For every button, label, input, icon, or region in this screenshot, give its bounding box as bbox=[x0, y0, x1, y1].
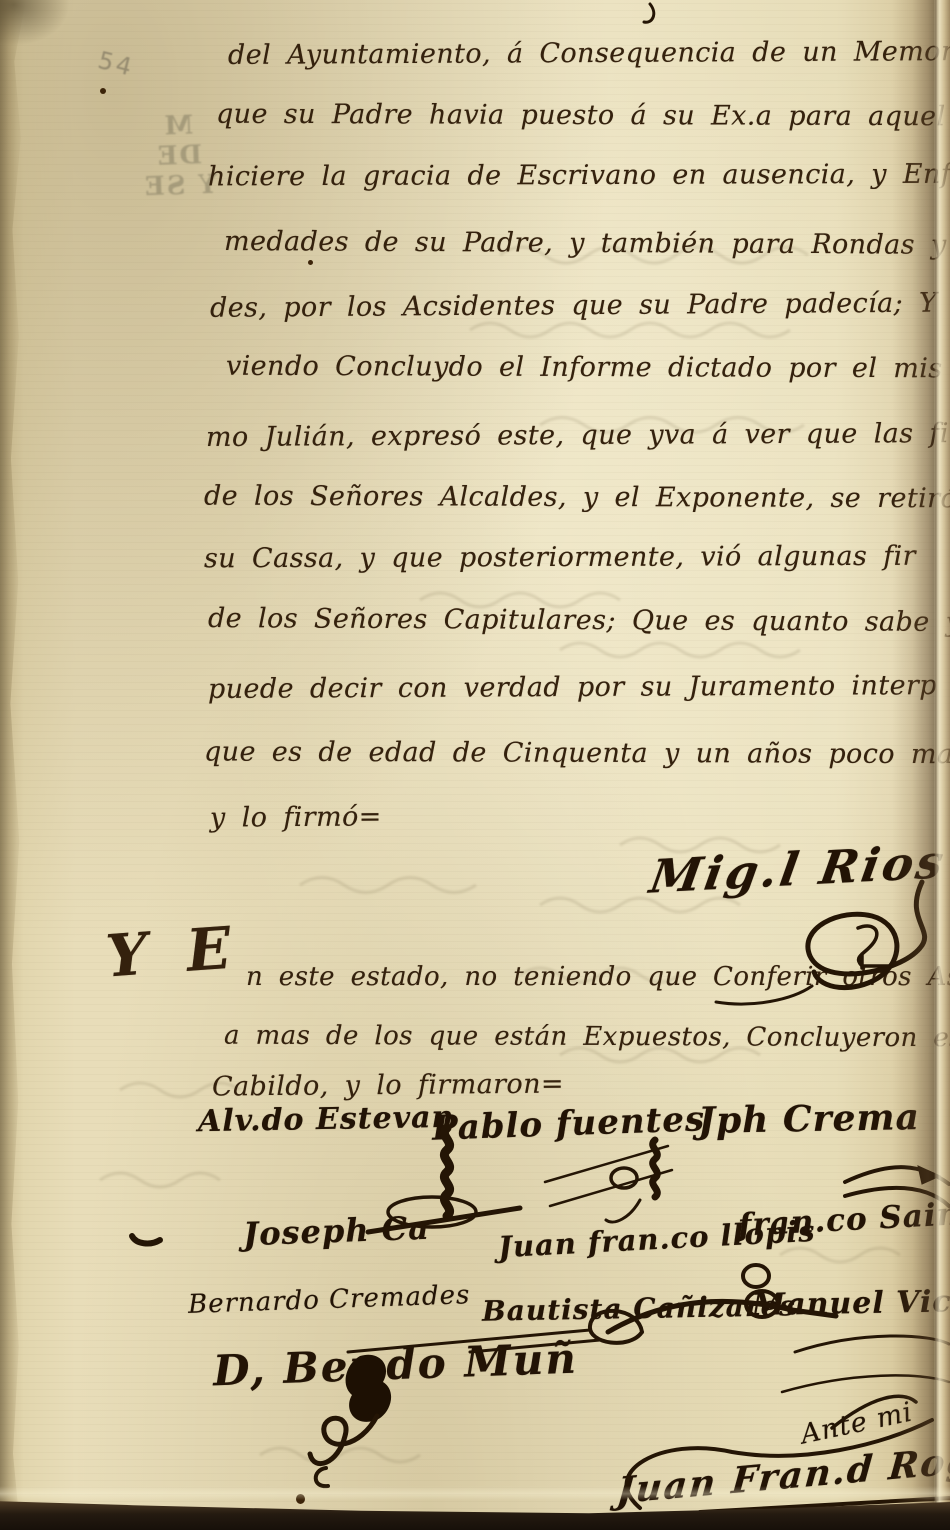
signature: Jph Crema bbox=[698, 1096, 921, 1142]
body-line: que su Padre havia puesto á su Ex.a para… bbox=[216, 99, 946, 133]
body-line: de los Señores Alcaldes, y el Exponente,… bbox=[204, 481, 950, 515]
body-line: y lo firmó= bbox=[210, 801, 382, 833]
stray-ink-mark bbox=[132, 1236, 160, 1243]
corner-tear bbox=[0, 0, 70, 46]
manuscript-page: M DE Y SE 54 del Ayuntamiento, á Consequ… bbox=[0, 0, 950, 1530]
body-line: mo Julián, expresó este, que yva á ver q… bbox=[206, 418, 950, 453]
body-line: viendo Concluydo el Informe dictado por … bbox=[226, 351, 943, 385]
ink-speck bbox=[100, 88, 106, 94]
body-line: des, por los Acsidentes que su Padre pad… bbox=[210, 287, 950, 323]
torn-left-edge bbox=[0, 0, 26, 1530]
closing-initial: Y E bbox=[104, 914, 239, 991]
page-curl-right bbox=[892, 0, 950, 1530]
fuentes-rubric-icon bbox=[545, 1140, 672, 1222]
ink-speck bbox=[308, 260, 313, 265]
folio-number: 54 bbox=[95, 46, 137, 82]
body-line: su Cassa, y que posteriormente, vió algu… bbox=[204, 541, 916, 574]
body-line: del Ayuntamiento, á Consequencia de un M… bbox=[228, 36, 950, 71]
signature: Alv.do Estevan bbox=[198, 1100, 455, 1139]
body-line: puede decir con verdad por su Juramento … bbox=[208, 670, 937, 705]
body-line: que es de edad de Cinquenta y un años po… bbox=[204, 736, 950, 770]
closing-line: n este estado, no teniendo que Conferir … bbox=[246, 962, 950, 992]
stray-ink-mark bbox=[644, 4, 654, 22]
body-line: hiciere la gracia de Escrivano en ausenc… bbox=[208, 159, 950, 193]
closing-line: Cabildo, y lo firmaron= bbox=[212, 1068, 564, 1102]
stamp-line: M bbox=[134, 111, 221, 144]
signature: Bernardo Cremades bbox=[188, 1280, 471, 1320]
signature: D, Ber.do Muñ bbox=[212, 1334, 578, 1396]
signature: Bautista Cañizares bbox=[482, 1289, 797, 1327]
body-line: medades de su Padre, y también para Rond… bbox=[224, 226, 950, 261]
signature: Pablo fuentes bbox=[431, 1099, 705, 1149]
closing-line: a mas de los que están Expuestos, Conclu… bbox=[224, 1021, 950, 1054]
signature: Joseph Ca bbox=[242, 1209, 430, 1253]
body-line: de los Señores Capitulares; Que es quant… bbox=[208, 603, 950, 638]
bottom-edge-highlight bbox=[0, 1486, 950, 1500]
